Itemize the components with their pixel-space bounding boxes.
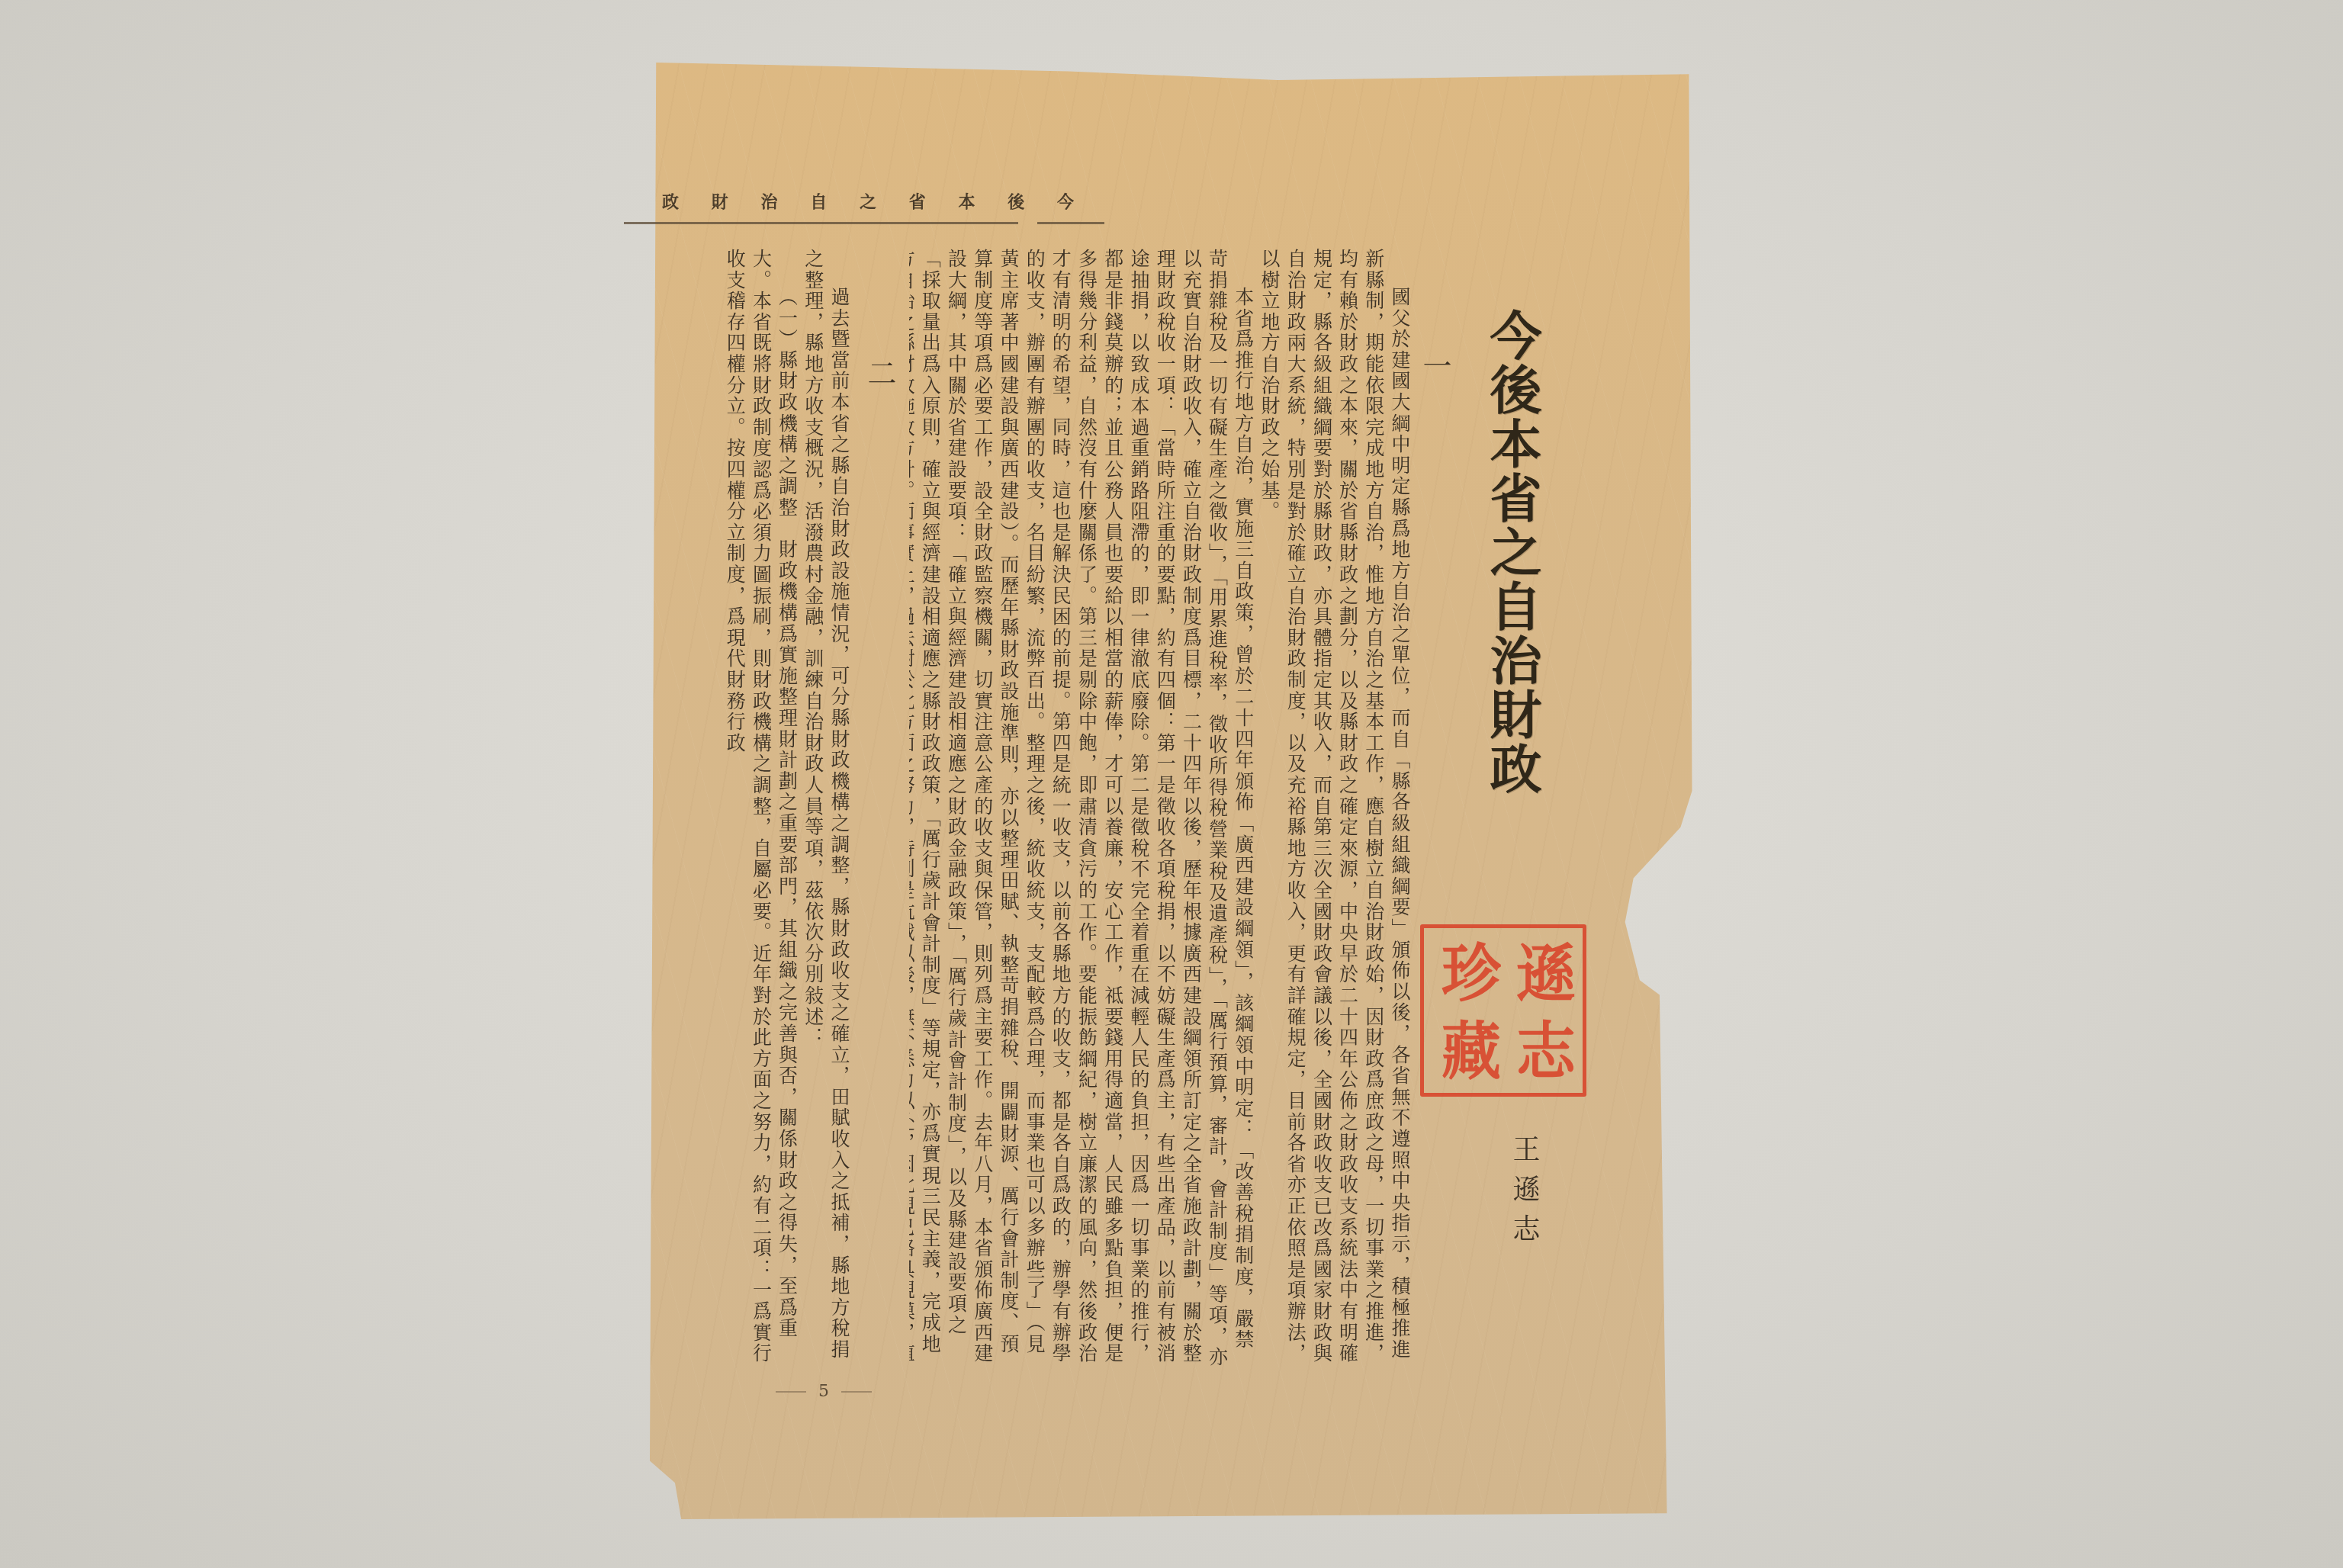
- paragraph: 本省爲推行地方自治，實施三自政策，曾於二十四年頒佈「廣西建設綱領」，該綱領中明定…: [909, 249, 1256, 1370]
- seal-glyph: 遜: [1503, 930, 1578, 1012]
- red-seal-stamp: 遜 志 珍 藏: [1420, 924, 1586, 1097]
- page-number: 5: [763, 1382, 885, 1401]
- article-title: 今後本省之自治財政: [1486, 309, 1538, 796]
- running-header: 今後本省之自治財政: [616, 189, 1104, 220]
- running-header-char: 之: [860, 189, 876, 213]
- seal-glyph: 珍: [1429, 930, 1503, 1012]
- section-2-body: 過去暨當前本省之縣自治財政設施情況，可分縣財政機構之調整，縣財政收支之確立，田賦…: [665, 249, 852, 1370]
- page-number-value: 5: [818, 1382, 829, 1401]
- page-number-dash: [776, 1391, 806, 1393]
- paragraph: 過去暨當前本省之縣自治財政設施情況，可分縣財政機構之調整，縣財政收支之確立，田賦…: [800, 249, 852, 1370]
- running-header-char: 後: [1008, 189, 1024, 213]
- section-1-body: 國父於建國大綱中明定縣爲地方自治之單位，而自「縣各級組織綱要」頒佈以後，各省無不…: [909, 249, 1413, 1370]
- running-header-rule: [624, 222, 1104, 224]
- running-header-char: 治: [760, 189, 777, 213]
- running-header-char: 今: [1057, 189, 1074, 213]
- running-header-char: 自: [810, 189, 827, 213]
- running-header-char: 財: [712, 189, 728, 213]
- section-marker-1: 一: [1420, 351, 1449, 380]
- seal-glyph: 藏: [1429, 1008, 1503, 1090]
- paragraph: 國父於建國大綱中明定縣爲地方自治之單位，而自「縣各級組織綱要」頒佈以後，各省無不…: [1256, 249, 1413, 1370]
- running-header-char: 本: [958, 189, 975, 213]
- running-header-char: 政: [662, 189, 679, 213]
- paragraph: （一）縣財政機構之調整 財政機構爲實施整理財計劃之重要部門，其組織之完善與否，關…: [722, 249, 800, 1370]
- seal-glyph: 志: [1503, 1008, 1578, 1090]
- page-number-dash: [841, 1391, 872, 1393]
- running-header-char: 省: [909, 189, 926, 213]
- section-marker-2: 二: [865, 358, 894, 387]
- author-name: 王遜志: [1510, 1135, 1538, 1254]
